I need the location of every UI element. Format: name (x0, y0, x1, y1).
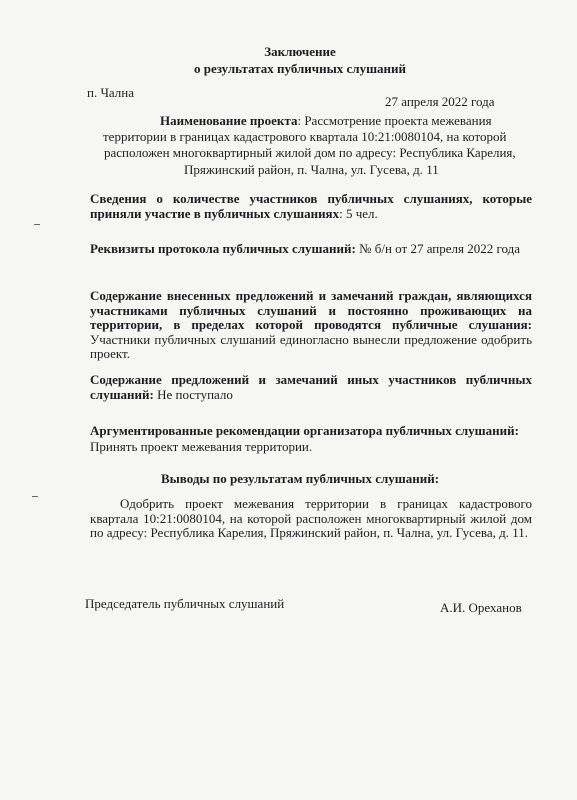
project-label: Наименование проекта (160, 113, 297, 128)
document-date: 27 апреля 2022 года (385, 94, 495, 109)
citizen-proposals-value: Участники публичных слушаний единогласно… (90, 332, 532, 362)
document-title-line2: о результатах публичных слушаний (0, 61, 577, 77)
project-line2: территории в границах кадастрового кварт… (103, 129, 506, 144)
document-title-line1: Заключение (0, 44, 577, 60)
document-page: Заключение о результатах публичных слуша… (0, 0, 577, 800)
participants-section: Сведения о количестве участников публичн… (90, 192, 532, 221)
conclusions-heading: Выводы по результатам публичных слушаний… (0, 471, 577, 486)
recommendations-label: Аргументированные рекомендации организат… (90, 423, 519, 438)
scan-mark (34, 224, 40, 225)
signature-name: А.И. Ореханов (440, 600, 522, 615)
scan-mark (32, 496, 38, 497)
recommendations-value: Принять проект межевания территории. (90, 439, 312, 454)
citizen-proposals-section: Содержание внесенных предложений и замеч… (90, 289, 532, 362)
project-line4: Пряжинский район, п. Чална, ул. Гусева, … (184, 162, 439, 177)
place-label: п. Чална (87, 85, 134, 100)
project-line1: Наименование проекта: Рассмотрение проек… (160, 113, 492, 128)
protocol-label: Реквизиты протокола публичных слушаний: (90, 241, 356, 256)
participants-label: Сведения о количестве участников публичн… (90, 191, 532, 221)
other-proposals-section: Содержание предложений и замечаний иных … (90, 373, 532, 402)
project-line3: расположен многоквартирный жилой дом по … (104, 145, 516, 160)
signature-role: Председатель публичных слушаний (85, 596, 284, 611)
project-name-part1: : Рассмотрение проекта межевания (297, 113, 491, 128)
participants-count: : 5 чел. (339, 206, 378, 221)
protocol-section: Реквизиты протокола публичных слушаний: … (90, 242, 532, 257)
citizen-proposals-label: Содержание внесенных предложений и замеч… (90, 288, 532, 332)
conclusions-text: Одобрить проект межевания территории в г… (90, 497, 532, 541)
protocol-value: № б/н от 27 апреля 2022 года (356, 241, 520, 256)
other-proposals-value: Не поступало (154, 387, 233, 402)
